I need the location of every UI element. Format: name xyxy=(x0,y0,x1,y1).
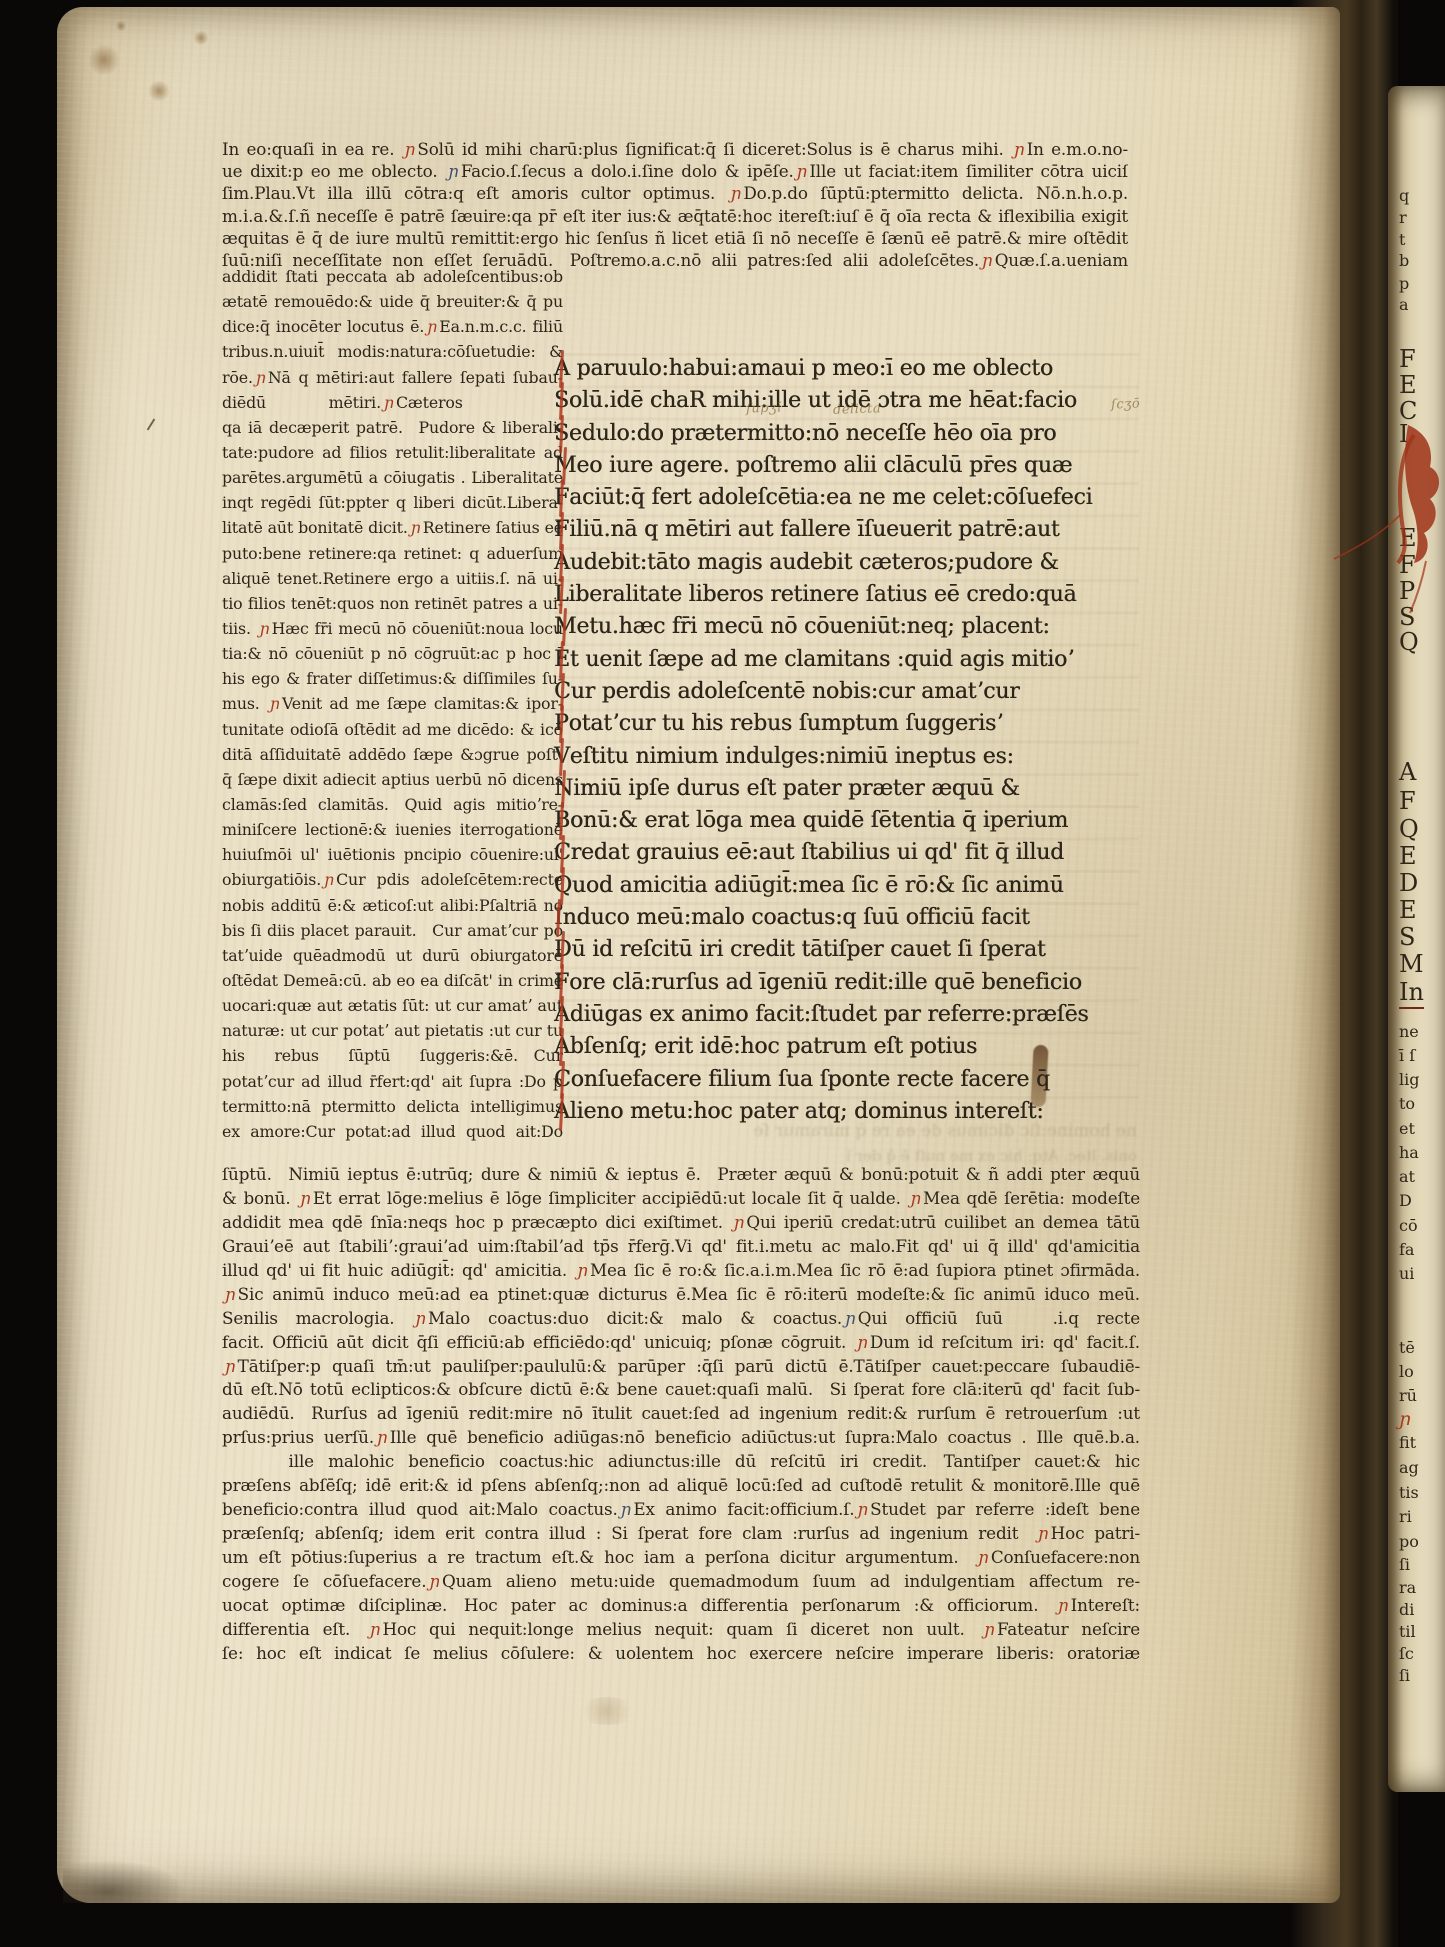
paraph-mark: ɲ xyxy=(426,1571,442,1591)
rubricated-initial: L xyxy=(554,579,568,611)
text-line: Abſenſq; erit idē:hoc patrum eſt potius xyxy=(554,1031,1139,1063)
text-line: æquitas ē q̄ de iure multū remittit:ergo… xyxy=(222,227,1128,249)
text-line: facit. Officiū aūt dicit q̄ſi efficiū:ab… xyxy=(222,1331,1140,1355)
facing-page-letter: b xyxy=(1399,251,1409,270)
rubricated-initial: F xyxy=(554,967,569,999)
text-line: parētes.argumētū a cōiugatis . Liberalit… xyxy=(222,465,563,490)
text-line: præſens abſēſq; idē erit:& id pſens abſe… xyxy=(222,1474,1140,1498)
text-line: obiurgatiōis.ɲCur pdis adoleſcētem:recte xyxy=(222,867,563,892)
paraph-mark: ɲ xyxy=(297,1188,313,1208)
text-line: uocari:quæ aut ætatis ſūt: ut cur amatʼ … xyxy=(222,993,563,1018)
text-line: illud qd' ui fit huic adiūgit̄: qd' amic… xyxy=(222,1259,1140,1283)
text-line: tribus.n.uiuit̄ modis:natura:cōſuetudie:… xyxy=(222,339,563,364)
text-line: naturæ: ut cur potatʼ aut pietatis :ut c… xyxy=(222,1018,563,1043)
main-verse-text: A paruulo:habui:amaui p meo:ī eo me oble… xyxy=(554,353,1139,1128)
facing-page-letter: S xyxy=(1399,923,1416,951)
text-line: potatʼcur ad illud r̄fert:qd' ait ſupra … xyxy=(222,1069,563,1094)
text-line: dice:q̄ inocēter locutus ē.ɲEa.n.m.c.c. … xyxy=(222,314,563,339)
text-line: uocat optimæ diſciplinæ. Hoc pater ac do… xyxy=(222,1594,1140,1618)
facing-page-letter: r xyxy=(1399,208,1407,227)
text-line: Audebit:tāto magis audebit cæteros;pudor… xyxy=(554,547,1139,579)
text-line: ditā aſſiduitatē addēdo ſæpe &ɔgrue poſt… xyxy=(222,742,563,767)
facing-page-letter: Q xyxy=(1399,815,1419,843)
text-line: his ego & frater diſſetimus:& diſſimiles… xyxy=(222,666,563,691)
commentary-bottom-block: ſūptū. Nimiū ieptus ē:utrūq; dure & nimi… xyxy=(222,1163,1140,1666)
facing-page-letter: E xyxy=(1399,842,1417,870)
rubricated-initial: V xyxy=(554,741,570,773)
text-line: Faciūt:q̄ fert adoleſcētia:ea ne me cele… xyxy=(554,482,1139,514)
rubricated-initial: C xyxy=(554,1064,571,1096)
facing-page-letter: I xyxy=(1399,420,1409,448)
text-line: tiis. ɲHæc fr̄i mecū nō cōueniūt:noua lo… xyxy=(222,616,563,641)
foxing-stain xyxy=(147,81,171,101)
paraph-mark: ɲ xyxy=(381,393,396,412)
facing-page-letter: F xyxy=(1399,345,1416,373)
rubricated-initial: F xyxy=(554,514,569,546)
facing-page-letter: a xyxy=(1399,295,1409,314)
facing-page-letter: ī ſ xyxy=(1399,1046,1415,1065)
paraph-mark: ɲ xyxy=(321,870,336,889)
paraph-mark: ɲ xyxy=(1399,1408,1411,1430)
paraph-mark: ɲ xyxy=(979,250,995,270)
facing-page-letter: at xyxy=(1399,1167,1415,1186)
text-line: Cur perdis adoleſcentē nobis:cur amatʼcu… xyxy=(554,676,1139,708)
text-line: dū eſt.Nō totū eclipticos:& obſcure dict… xyxy=(222,1378,1140,1402)
rubricated-initial: M xyxy=(554,611,576,643)
pen-mark xyxy=(147,418,156,430)
text-line: beneficio:contra illud quod ait:Malo coa… xyxy=(222,1498,1140,1522)
text-line: ɲTātiſper:p quaſi tm̄:ut pauliſper:paulu… xyxy=(222,1355,1140,1379)
rubricated-initial: P xyxy=(554,708,569,740)
text-line: Nimiū ipſe durus eſt pater præter æquū & xyxy=(554,773,1139,805)
paraph-mark: ɲ xyxy=(574,1260,590,1280)
text-line: tio filios tenēt:quos non retinēt patres… xyxy=(222,591,563,616)
text-line: Et uenit ſæpe ad me clamitans :quid agis… xyxy=(554,644,1139,676)
text-line: addidit ſtati peccata ab adoleſcentibus:… xyxy=(222,264,563,289)
text-line: oſtēdat Demeā:cū. ab eo ea diſcāt' in cr… xyxy=(222,968,563,993)
facing-page-letter: ri xyxy=(1399,1507,1412,1526)
paraph-mark: ɲ xyxy=(1011,139,1027,159)
text-line: ille malohic beneficio coactus:hic adiun… xyxy=(222,1450,1140,1474)
paraph-mark: ɲ xyxy=(253,368,268,387)
text-line: um eſt pōtius:ſuperius a re tractum eſt.… xyxy=(222,1546,1140,1570)
paraph-mark: ɲ xyxy=(842,1308,858,1328)
facing-page-letter: to xyxy=(1399,1094,1415,1113)
paraph-mark: ɲ xyxy=(731,1212,747,1232)
facing-page-letter: ha xyxy=(1399,1143,1419,1162)
text-line: ɲSic animū induco meū:ad ea ptinet:quæ d… xyxy=(222,1283,1140,1307)
facing-page-letter: til xyxy=(1399,1622,1416,1641)
text-line: inqt regēdi ſūt:ppter q liberi dicūt.Lib… xyxy=(222,490,563,515)
text-line: tunitate odioſā oſtēdit ad me dicēdo: & … xyxy=(222,717,563,742)
text-line: Induco meū:malo coactus:q ſuū officiū fa… xyxy=(554,902,1139,934)
text-line: Sedulo:do prætermitto:nō neceſſe hēo oīa… xyxy=(554,418,1139,450)
facing-page-letter: In xyxy=(1399,978,1424,1009)
facing-page-letter: tis xyxy=(1399,1483,1419,1502)
bleed-through-text: onis. ltec. Atq; hic ex me nuſt ē q̄ der… xyxy=(597,1147,1137,1165)
paraph-mark: ɲ xyxy=(855,1499,871,1519)
facing-page-letter: fa xyxy=(1399,1240,1414,1259)
rubricated-initial: D xyxy=(554,934,571,966)
paraph-mark: ɲ xyxy=(267,694,282,713)
text-line: termitto:nā ptermitto delicta intelligim… xyxy=(222,1094,563,1119)
text-line: Meo iure agere. poſtremo alii clāculū pr… xyxy=(554,450,1139,482)
text-line: audiēdū. Rurſus ad īgeniū redit:mire nō … xyxy=(222,1402,1140,1426)
rubricated-initial: C xyxy=(554,837,571,869)
text-line: Liberalitate liberos retinere ſatius eē … xyxy=(554,579,1139,611)
rubricated-initial: S xyxy=(554,385,569,417)
paraph-mark: ɲ xyxy=(1055,1595,1071,1615)
text-line: In eo:quaſi in ea re. ɲSolū id mihi char… xyxy=(222,138,1128,160)
text-line: ue dixit:p eo me oblecto. ɲFacio.ſ.ſecus… xyxy=(222,160,1128,182)
page-corner-shadow xyxy=(63,1825,213,1903)
facing-page-letter: F xyxy=(1399,787,1416,815)
facing-page-letter: M xyxy=(1399,950,1424,978)
facing-page-letter: lig xyxy=(1399,1070,1419,1089)
text-line: qa iā decæperit patrē. Pudore & liberali… xyxy=(222,415,563,440)
text-line: huiuſmōi ul' iuētionis pncipio cōuenire:… xyxy=(222,842,563,867)
facing-page-letter: cō xyxy=(1399,1216,1418,1235)
facing-page-letter: fit xyxy=(1399,1433,1416,1452)
paraph-mark: ɲ xyxy=(445,161,461,181)
rubricated-initial: N xyxy=(554,773,573,805)
foxing-stain xyxy=(193,31,209,45)
paraph-mark: ɲ xyxy=(257,619,272,638)
scanned-book-photo: In eo:quaſi in ea re. ɲSolū id mihi char… xyxy=(0,0,1445,1947)
paraph-mark: ɲ xyxy=(981,1619,997,1639)
facing-page-letter: tē xyxy=(1399,1338,1415,1357)
facing-page-letter: Q xyxy=(1399,628,1419,656)
rubricated-initial: M xyxy=(554,450,576,482)
facing-page-letter: E xyxy=(1399,524,1417,552)
facing-page-letter: ſi xyxy=(1399,1666,1410,1685)
paraph-mark: ɲ xyxy=(424,317,439,336)
facing-page-sliver: qrtbpaFECIEFPSQAFQEDESMInneī ſligtoethaa… xyxy=(1388,86,1445,1792)
rubricated-initial: B xyxy=(554,805,570,837)
facing-page-letter: E xyxy=(1399,896,1417,924)
paraph-mark: ɲ xyxy=(374,1427,390,1447)
text-line: his rebus ſūptū ſuggeris:&ē. Cur amatʼcu… xyxy=(222,1043,563,1068)
paraph-mark: ɲ xyxy=(794,161,810,181)
rubricated-initial: A xyxy=(554,353,570,385)
commentary-left-column: addidit ſtati peccata ab adoleſcentibus:… xyxy=(222,264,563,1144)
facing-page-letter: ui xyxy=(1399,1264,1414,1283)
paraph-mark: ɲ xyxy=(367,1619,383,1639)
text-line: Adiūgas ex animo facit:ſtudet par referr… xyxy=(554,999,1139,1031)
text-line: Fore clā:rurſus ad īgeniū redit:ille quē… xyxy=(554,967,1139,999)
text-line: ſe: hoc eſt indicat ſe melius cōſulere: … xyxy=(222,1642,1140,1666)
text-line: Credat grauius eē:aut ſtabilius ui qd' f… xyxy=(554,837,1139,869)
facing-page-letter: po xyxy=(1399,1532,1419,1551)
paraph-mark: ɲ xyxy=(728,183,744,203)
rubricated-initial: I xyxy=(554,902,563,934)
text-line: miniſcere lectionē:& iuenies iterrogatio… xyxy=(222,817,563,842)
paraph-mark: ɲ xyxy=(618,1499,634,1519)
text-line: ſūptū. Nimiū ieptus ē:utrūq; dure & nimi… xyxy=(222,1163,1140,1187)
text-line: differentia eſt. ɲHoc qui nequit:longe m… xyxy=(222,1618,1140,1642)
facing-page-letter: F xyxy=(1399,551,1416,579)
text-line: puto:bene retinere:qa retinet: q aduerſu… xyxy=(222,541,563,566)
rubricated-initial: A xyxy=(554,999,570,1031)
rubricated-initial: Q xyxy=(554,870,572,902)
text-line: nobis additū ē:& æticoſ:ut alibi:Pſaltri… xyxy=(222,893,563,918)
rubricated-initial: C xyxy=(554,676,571,708)
book-page: In eo:quaſi in ea re. ɲSolū id mihi char… xyxy=(57,7,1340,1903)
text-line: Filiū.nā q mētiri aut fallere īſueuerit … xyxy=(554,514,1139,546)
paraph-mark: ɲ xyxy=(408,518,423,537)
paraph-mark: ɲ xyxy=(907,1188,923,1208)
text-line: Dū id reſcitū iri credit tātiſper cauet … xyxy=(554,934,1139,966)
facing-page-letter: et xyxy=(1399,1119,1415,1138)
text-line: aliquē tenet.Retinere ergo a uitiis.ſ. n… xyxy=(222,566,563,591)
facing-page-letter: ra xyxy=(1399,1578,1416,1597)
text-line: mus. ɲVenit ad me ſæpe clamitas:& ipor- xyxy=(222,691,563,716)
text-line: & bonū. ɲEt errat lōge:melius ē lōge ſim… xyxy=(222,1187,1140,1211)
foxing-stain xyxy=(87,45,121,75)
text-line: A paruulo:habui:amaui p meo:ī eo me oble… xyxy=(554,353,1139,385)
text-line: ætatē remouēdo:& uide q̄ breuiter:& q̄ p… xyxy=(222,289,563,314)
text-line: Veſtitu nimium indulges:nimiū ineptus es… xyxy=(554,741,1139,773)
facing-page-letter: t xyxy=(1399,230,1405,249)
interlinear-annotation: ſupʒī xyxy=(746,400,782,416)
facing-page-letter: E xyxy=(1399,371,1417,399)
text-line: litatē aūt bonitatē dicit.ɲRetinere ſati… xyxy=(222,515,563,540)
facing-page-letter: S xyxy=(1399,603,1416,631)
text-line: cogere ſe cōſuefacere.ɲQuam alieno metu:… xyxy=(222,1570,1140,1594)
text-line: ex amore:Cur potat:ad illud quod ait:Do xyxy=(222,1119,563,1144)
text-line: rōe.ɲNā q mētiri:aut fallere ſepati ſuba… xyxy=(222,365,563,390)
text-line: tia:& nō cōueniūt p nō cōgruūt:ac p hoc … xyxy=(222,641,563,666)
rubricated-initial: S xyxy=(554,418,569,450)
facing-page-letter: A xyxy=(1399,758,1417,786)
text-line: præſenſq; abſenſq; idem erit contra illu… xyxy=(222,1522,1140,1546)
commentary-top-block: In eo:quaſi in ea re. ɲSolū id mihi char… xyxy=(222,138,1128,271)
text-line: tate:pudore ad filios retulit:liberalita… xyxy=(222,440,563,465)
text-line: m.i.a.&.ſ.ñ neceſſe ē patrē ſæuire:qa pr… xyxy=(222,205,1128,227)
facing-page-letter: lo xyxy=(1399,1362,1414,1381)
text-line: Potatʼcur tu his rebus ſumptum ſuggerisʼ xyxy=(554,708,1139,740)
facing-page-text-fragments: qrtbpaFECIEFPSQAFQEDESMInneī ſligtoethaa… xyxy=(1388,86,1445,1792)
text-line: Grauiʼeē aut ſtabiliʼ:grauiʼad uim:ſtabi… xyxy=(222,1235,1140,1259)
text-line: bis ſi diis placet parauit. Cur amatʼcur… xyxy=(222,918,563,943)
text-line: ſim.Plau.Vt illa illū cōtra:q eſt amoris… xyxy=(222,182,1128,204)
paraph-mark: ɲ xyxy=(222,1356,238,1376)
facing-page-letter: D xyxy=(1399,869,1419,897)
rubricated-initial: A xyxy=(554,1031,570,1063)
facing-page-letter: di xyxy=(1399,1600,1414,1619)
facing-page-letter: q xyxy=(1399,186,1409,205)
text-line: diēdū mētiri.ɲCæteros xyxy=(222,390,563,415)
text-line: clamās:ſed clamitās. Quid agis mitioʼre- xyxy=(222,792,563,817)
margin-annotation: ſcʒō xyxy=(1111,396,1141,412)
facing-page-letter: rū xyxy=(1399,1386,1417,1405)
interlinear-annotation: delicta xyxy=(833,401,882,418)
bleed-through-text: ne homine:ſic dicimus de ea re q̄ miramu… xyxy=(577,1121,1137,1141)
text-line: Conſuefacere filium ſua ſponte recte fac… xyxy=(554,1064,1139,1096)
text-line: Quod amicitia adiūgit̄:mea ſic ē rō:& ſi… xyxy=(554,870,1139,902)
text-line: Bonū:& erat lōga mea quidē ſētentia q̄ i… xyxy=(554,805,1139,837)
rubricated-initial: F xyxy=(554,482,569,514)
paraph-mark: ɲ xyxy=(975,1547,991,1567)
facing-page-letter: P xyxy=(1399,577,1416,605)
facing-page-letter: p xyxy=(1399,274,1409,293)
facing-page-letter: ſi xyxy=(1399,1555,1410,1574)
text-line: prſus:prius uerſū.ɲIlle quē beneficio ad… xyxy=(222,1426,1140,1450)
facing-page-letter: D xyxy=(1399,1191,1412,1210)
text-line: Senilis macrologia. ɲMalo coactus:duo di… xyxy=(222,1307,1140,1331)
foxing-stain xyxy=(577,1697,637,1725)
rubricated-initial: A xyxy=(554,547,570,579)
facing-page-letter: ag xyxy=(1399,1458,1419,1477)
paraph-mark: ɲ xyxy=(1035,1523,1051,1543)
foxing-stain xyxy=(115,21,127,31)
rubricated-initial: E xyxy=(554,644,570,676)
text-line: q̄ ſæpe dixit adiecit aptius uerbū nō di… xyxy=(222,767,563,792)
text-line: addidit mea qdē ſnīa:neqs hoc p præcæpto… xyxy=(222,1211,1140,1235)
paraph-mark: ɲ xyxy=(222,1284,238,1304)
rubricated-initial: A xyxy=(554,1096,570,1128)
facing-page-letter: ſc xyxy=(1399,1644,1414,1663)
facing-page-letter: ne xyxy=(1399,1022,1419,1041)
paraph-mark: ɲ xyxy=(854,1332,870,1352)
paraph-mark: ɲ xyxy=(412,1308,428,1328)
text-line: Metu.hæc fr̄i mecū nō cōueniūt:neq; plac… xyxy=(554,611,1139,643)
text-line: tatʼuide quēadmodū ut durū obiurgatorē xyxy=(222,943,563,968)
paraph-mark: ɲ xyxy=(402,139,418,159)
